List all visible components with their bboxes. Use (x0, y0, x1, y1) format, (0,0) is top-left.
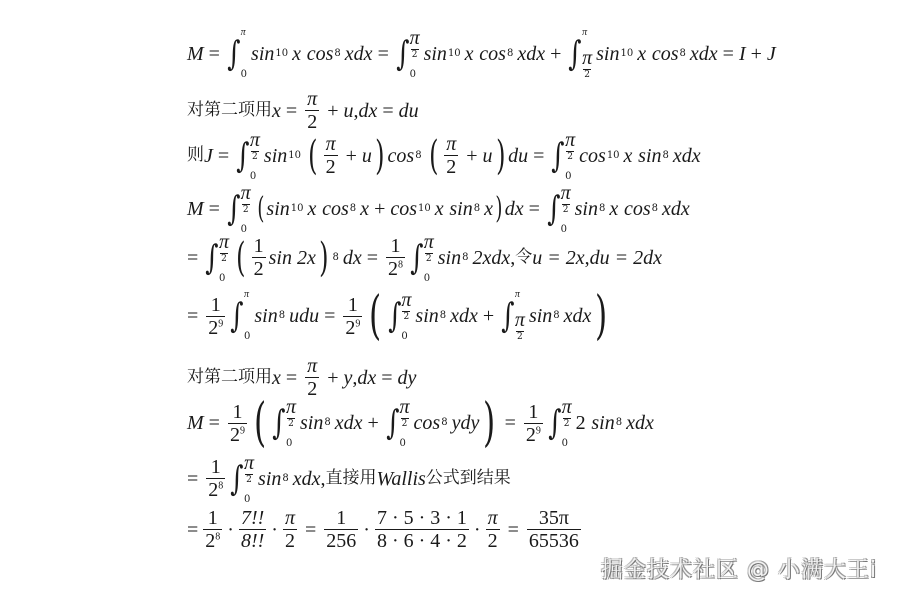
plus: + (346, 146, 357, 166)
differential: 2xdx (472, 248, 510, 268)
base: 2 (526, 424, 536, 446)
left-paren: ( (369, 290, 381, 342)
lower-limit: 0 (244, 495, 254, 505)
numerator: π (305, 355, 319, 377)
numerator: 1 (346, 294, 360, 316)
fraction-1-256: 1256 (324, 507, 358, 552)
cjk-text: 对第二项用 (187, 102, 272, 119)
base: 2 (388, 258, 398, 280)
numerator: π (324, 133, 338, 155)
var-u: u (343, 101, 353, 121)
var-x: x (435, 199, 444, 219)
differential: xdx (293, 469, 321, 489)
limit-num: π (401, 290, 411, 310)
lower-limit: 0 (562, 439, 572, 449)
numerator: 1 (526, 401, 540, 423)
equation-line-1: M = ∫π0 sin10 x cos8 xdx = ∫π20 sin10 x … (187, 32, 776, 76)
equals: = (187, 306, 198, 326)
exponent: 10 (418, 204, 431, 214)
differential: udu (289, 306, 319, 326)
exponent: 8 (218, 480, 223, 491)
cos: cos (579, 146, 606, 166)
cjk-text: 对第二项用 (187, 369, 272, 386)
denominator: 2 (283, 530, 297, 552)
lower-limit: 0 (244, 332, 250, 342)
fraction-pi-2: π2 (486, 507, 500, 552)
integral-sign: ∫ (388, 299, 401, 333)
limit-num: π (399, 397, 409, 417)
integral-0-pi2: ∫π20 (270, 401, 296, 445)
cdot: · (271, 520, 278, 540)
var-x: x (609, 199, 618, 219)
equation-line-6: = 129 ∫π0 sin8 udu = 129 ( ∫π20 sin8 xdx… (187, 290, 612, 342)
fraction-pi-2: π2 (305, 355, 319, 400)
cos: cos (624, 199, 651, 219)
limit-den: 2 (584, 71, 590, 80)
fraction-1-2pow9: 129 (228, 401, 247, 446)
limit-num: π (565, 130, 575, 150)
exponent: 8 (507, 49, 513, 59)
cos: cos (322, 199, 349, 219)
integral-0-pi: ∫π0 (225, 32, 247, 76)
differential: dx (357, 368, 376, 388)
exponent: 8 (440, 311, 446, 321)
var-j: J (767, 44, 776, 64)
var-x: x (272, 368, 281, 388)
differential: xdx (673, 146, 701, 166)
differential: xdx (335, 413, 363, 433)
fraction-double-factorial: 7!!8!! (239, 507, 266, 552)
lower-limit: 0 (424, 274, 434, 284)
exponent: 8 (680, 49, 686, 59)
fraction-1-2pow8: 128 (203, 507, 222, 552)
integral-sign: ∫ (386, 406, 399, 440)
numerator: π (444, 133, 458, 155)
denominator: 65536 (527, 530, 581, 552)
equals: = (324, 306, 335, 326)
integral-0-pi2: ∫π20 (394, 32, 420, 76)
plus: + (374, 199, 385, 219)
lower-limit: 0 (561, 225, 571, 235)
exponent: 8 (616, 418, 622, 428)
integral-0-pi2: ∫π20 (549, 134, 575, 178)
plus: + (327, 101, 338, 121)
equation-line-8: M = 129 ( ∫π20 sin8 xdx + ∫π20 cos8 ydy … (187, 397, 654, 449)
integral-0-pi2: ∫π20 (234, 134, 260, 178)
equals: = (382, 101, 393, 121)
plus: + (751, 44, 762, 64)
exponent: 8 (350, 204, 356, 214)
sin: sin (251, 44, 274, 64)
right-paren: ) (319, 238, 328, 278)
base: 2 (345, 317, 355, 339)
exponent: 8 (324, 418, 330, 428)
denominator: 2 (324, 156, 338, 178)
exponent: 8 (332, 253, 338, 263)
cjk-text: 则 (187, 147, 204, 164)
numerator: 1 (389, 235, 403, 257)
equals: = (286, 101, 297, 121)
var-x: x (360, 199, 369, 219)
differential: dx (343, 248, 362, 268)
sin: sin (264, 146, 287, 166)
exponent: 8 (663, 151, 669, 161)
differential: xdx (662, 199, 690, 219)
left-paren: ( (236, 238, 245, 278)
fraction-final-result: 35π65536 (527, 507, 581, 552)
integral-sign: ∫ (396, 37, 409, 71)
left-paren: ( (308, 136, 317, 176)
left-paren: ( (429, 136, 438, 176)
exponent: 10 (291, 204, 304, 214)
equals: = (209, 44, 220, 64)
numerator: 1 (209, 294, 223, 316)
equals: = (533, 146, 544, 166)
integral-0-pi2: ∫π20 (384, 401, 410, 445)
left-paren: ( (254, 397, 266, 449)
denominator: 2 (252, 258, 266, 280)
fraction-odd-even-product: 7 · 5 · 3 · 18 · 6 · 4 · 2 (375, 507, 469, 552)
fraction-pi-2: π2 (444, 133, 458, 178)
denominator: 2 (305, 111, 319, 133)
equation-line-10: = 128 · 7!!8!! · π2 = 1256 · 7 · 5 · 3 ·… (187, 507, 584, 552)
differential: xdx (564, 306, 592, 326)
differential: xdx (690, 44, 718, 64)
equals: = (367, 248, 378, 268)
var-i: I (739, 44, 746, 64)
plus: + (327, 368, 338, 388)
exponent: 9 (240, 425, 245, 436)
integral-sign: ∫ (205, 241, 218, 275)
right-paren: ) (375, 136, 384, 176)
limit-den: 2 (288, 420, 294, 429)
limit-den: 2 (567, 153, 573, 162)
exponent: 10 (448, 49, 461, 59)
upper-limit: π (582, 28, 592, 38)
cjk-text: 公式到结果 (426, 470, 511, 487)
numerator: 7!! (239, 507, 266, 529)
sin: sin (424, 44, 447, 64)
equals: = (209, 413, 220, 433)
sin: sin (258, 469, 281, 489)
var-m: M (187, 44, 204, 64)
limit-num: π (286, 397, 296, 417)
sin: sin (591, 413, 614, 433)
limit-den: 2 (563, 206, 569, 215)
equals: = (508, 520, 519, 540)
var-u: u (362, 146, 372, 166)
lower-limit: 0 (241, 225, 251, 235)
equals: = (505, 413, 516, 433)
upper-limit: π (515, 290, 525, 300)
exponent: 8 (279, 311, 285, 321)
integral-pi2-pi: ∫ππ2 (566, 32, 592, 76)
denominator: 2 (444, 156, 458, 178)
differential: du (508, 146, 528, 166)
sin: sin (300, 413, 323, 433)
lower-limit: 0 (410, 70, 420, 80)
exponent: 8 (441, 418, 447, 428)
integral-0-pi2: ∫π20 (546, 401, 572, 445)
limit-num: π (562, 397, 572, 417)
limit-den: 2 (246, 476, 252, 485)
equals: = (187, 469, 198, 489)
lower-limit: 0 (399, 439, 409, 449)
limit-num: π (561, 183, 571, 203)
numerator: π (283, 507, 297, 529)
equals: = (723, 44, 734, 64)
var-x: x (292, 44, 301, 64)
equation-line-2: 对第二项用 x = π2 + u, dx = du (187, 88, 419, 133)
integral-sign: ∫ (236, 139, 249, 173)
sin: sin (438, 248, 461, 268)
fraction-1-2pow9: 129 (206, 294, 225, 339)
integral-0-pi2: ∫π20 (408, 236, 434, 280)
differential: xdx (450, 306, 478, 326)
integral-0-pi: ∫π0 (228, 294, 250, 338)
cdot: · (474, 520, 481, 540)
sin: sin (596, 44, 619, 64)
base: 2 (208, 479, 218, 501)
fraction-1-2pow8: 128 (206, 456, 225, 501)
plus: + (367, 413, 378, 433)
numerator: π (305, 88, 319, 110)
exponent: 8 (652, 204, 658, 214)
fraction-pi-2: π2 (324, 133, 338, 178)
right-paren: ) (483, 397, 495, 449)
limit-num: π (582, 48, 592, 68)
integral-0-pi2: ∫π20 (386, 294, 412, 338)
base: 2 (230, 424, 240, 446)
cjk-text: 直接用 (326, 470, 377, 487)
differential: xdx (517, 44, 545, 64)
numerator: 1 (230, 401, 244, 423)
limit-num: π (219, 232, 229, 252)
numerator: 1 (252, 235, 266, 257)
var-y: y (343, 368, 352, 388)
integral-sign: ∫ (230, 299, 243, 333)
lower-limit: 0 (219, 274, 229, 284)
exponent: 8 (415, 151, 421, 161)
limit-den: 2 (426, 255, 432, 264)
var-j: J (204, 146, 213, 166)
left-paren: ( (257, 194, 264, 224)
denominator: 8!! (239, 530, 266, 552)
limit-num: π (250, 130, 260, 150)
equals: = (187, 248, 198, 268)
upper-limit: π (241, 28, 247, 38)
exponent: 9 (536, 425, 541, 436)
base: 2 (208, 317, 218, 339)
wallis-name: Wallis (377, 469, 426, 489)
coefficient: 2 (576, 413, 586, 433)
exponent: 10 (288, 151, 301, 161)
cos: cos (388, 146, 415, 166)
differential: dy (398, 368, 417, 388)
fraction-1-2pow8: 128 (386, 235, 405, 280)
limit-num: π (241, 183, 251, 203)
limit-den: 2 (221, 255, 227, 264)
var-m: M (187, 413, 204, 433)
denominator: 256 (324, 530, 358, 552)
exponent: 8 (215, 531, 220, 542)
equation-line-9: = 128 ∫π20 sin8 xdx, 直接用 Wallis 公式到结果 (187, 456, 511, 501)
differential: du (399, 101, 419, 121)
var-x: x (272, 101, 281, 121)
sin: sin (529, 306, 552, 326)
right-paren: ) (595, 290, 607, 342)
integral-sign: ∫ (552, 139, 565, 173)
equation-line-7: 对第二项用 x = π2 + y, dx = dy (187, 355, 416, 400)
integral-0-pi2: ∫π20 (545, 187, 571, 231)
sin: sin (449, 199, 472, 219)
integral-0-pi2: ∫π20 (228, 457, 254, 501)
numerator: 1 (206, 507, 220, 529)
differential: xdx (345, 44, 373, 64)
limit-num: π (410, 28, 420, 48)
limit-num: π (515, 310, 525, 330)
sin-2x: sin 2x (269, 248, 316, 268)
var-x: x (637, 44, 646, 64)
right-paren: ) (495, 194, 502, 224)
lower-limit: 0 (565, 172, 575, 182)
numerator: 7 · 5 · 3 · 1 (375, 507, 469, 529)
cos: cos (479, 44, 506, 64)
var-x: x (624, 146, 633, 166)
equals: = (218, 146, 229, 166)
limit-den: 2 (517, 333, 523, 342)
exponent: 8 (462, 253, 468, 263)
limit-den: 2 (412, 51, 418, 60)
exponent: 10 (607, 151, 620, 161)
var-x: x (465, 44, 474, 64)
numerator: 35π (537, 507, 571, 529)
fraction-pi-2: π2 (283, 507, 297, 552)
sin: sin (575, 199, 598, 219)
plus: + (483, 306, 494, 326)
denominator: 8 · 6 · 4 · 2 (375, 530, 469, 552)
equals: = (187, 520, 198, 540)
integral-pi2-pi: ∫ππ2 (499, 294, 525, 338)
integral-sign: ∫ (501, 299, 514, 333)
equals: = (305, 520, 316, 540)
limit-den: 2 (404, 313, 410, 322)
exponent: 10 (620, 49, 633, 59)
differential: dx (358, 101, 377, 121)
fraction-1-2: 12 (252, 235, 266, 280)
exponent: 8 (334, 49, 340, 59)
limit-den: 2 (252, 153, 258, 162)
differential: xdx (626, 413, 654, 433)
limit-den: 2 (402, 420, 408, 429)
integral-sign: ∫ (272, 406, 285, 440)
equals: = (381, 368, 392, 388)
exponent: 8 (553, 311, 559, 321)
differential: dx (505, 199, 524, 219)
watermark: 掘金技术社区 @ 小满大王i (601, 553, 877, 584)
numerator: 1 (334, 507, 348, 529)
equation-line-3: 则 J = ∫π20 sin10 ( π2 + u ) cos8 ( π2 + … (187, 133, 701, 178)
lower-limit: 0 (241, 70, 247, 80)
fraction-1-2pow9: 129 (524, 401, 543, 446)
sin: sin (638, 146, 661, 166)
substitution: du = 2dx (590, 248, 662, 268)
lower-limit: 0 (250, 172, 260, 182)
denominator: 2 (486, 530, 500, 552)
exponent: 8 (282, 474, 288, 484)
exponent: 9 (218, 318, 223, 329)
exponent: 8 (398, 259, 403, 270)
sin: sin (415, 306, 438, 326)
base: 2 (205, 530, 215, 552)
var-x: x (484, 199, 493, 219)
fraction-1-2pow9: 129 (343, 294, 362, 339)
var-m: M (187, 199, 204, 219)
cdot: · (227, 520, 234, 540)
equals: = (378, 44, 389, 64)
integral-sign: ∫ (548, 406, 561, 440)
lower-limit: 0 (401, 332, 411, 342)
equals: = (286, 368, 297, 388)
exponent: 10 (275, 49, 288, 59)
fraction-pi-2: π2 (305, 88, 319, 133)
cjk-text: 令 (515, 249, 532, 266)
equals: = (209, 199, 220, 219)
exponent: 8 (474, 204, 480, 214)
numerator: 1 (209, 456, 223, 478)
differential: ydy (452, 413, 480, 433)
exponent: 8 (599, 204, 605, 214)
cos: cos (652, 44, 679, 64)
limit-num: π (424, 232, 434, 252)
var-x: x (308, 199, 317, 219)
integral-sign: ∫ (569, 37, 582, 71)
integral-0-pi2: ∫π20 (225, 187, 251, 231)
sin: sin (266, 199, 289, 219)
integral-0-pi2: ∫π20 (203, 236, 229, 280)
limit-den: 2 (243, 206, 249, 215)
integral-sign: ∫ (227, 192, 240, 226)
cos: cos (390, 199, 417, 219)
var-u: u (483, 146, 493, 166)
limit-den: 2 (564, 420, 570, 429)
right-paren: ) (496, 136, 505, 176)
cos: cos (414, 413, 441, 433)
cos: cos (307, 44, 334, 64)
equation-line-4: M = ∫π20 ( sin10 x cos8 x + cos10 x sin8… (187, 187, 690, 231)
plus: + (550, 44, 561, 64)
equals: = (529, 199, 540, 219)
integral-sign: ∫ (547, 192, 560, 226)
cdot: · (363, 520, 370, 540)
sin: sin (254, 306, 277, 326)
lower-limit: 0 (286, 439, 296, 449)
limit-num: π (244, 453, 254, 473)
integral-sign: ∫ (227, 37, 240, 71)
integral-sign: ∫ (410, 241, 423, 275)
substitution: u = 2x (532, 248, 584, 268)
integral-sign: ∫ (230, 462, 243, 496)
numerator: π (486, 507, 500, 529)
equation-line-5: = ∫π20 ( 12 sin 2x )8 dx = 128 ∫π20 sin8… (187, 235, 662, 280)
exponent: 9 (355, 318, 360, 329)
upper-limit: π (244, 290, 250, 300)
plus: + (466, 146, 477, 166)
